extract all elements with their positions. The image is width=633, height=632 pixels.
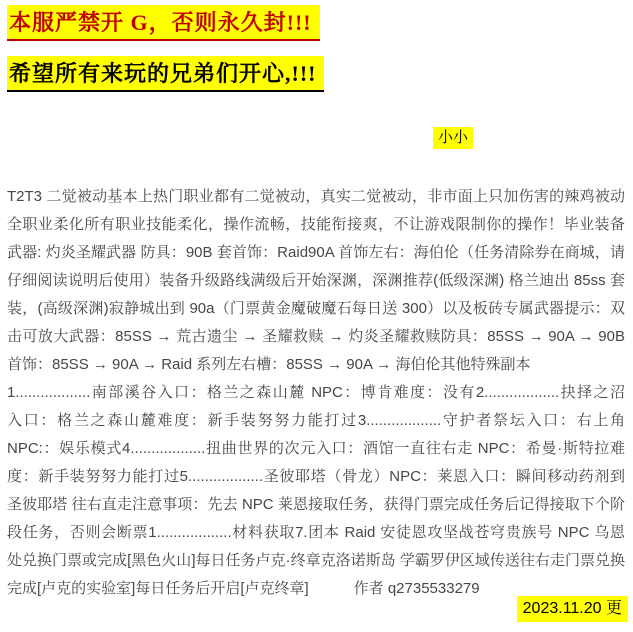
body-line: 1..................南部溪谷入口：格兰之森山麓 NPC：博肯难… (7, 379, 625, 407)
body-line: 武器: 灼炎圣耀武器 防具：90B 套首饰：Raid90A 首饰左右：海伯伦（任… (7, 239, 625, 267)
body-line: 入口：格兰之森山麓难度：新手装努努力能打过3..................… (7, 407, 625, 435)
body-line: 段任务，否则会断票1..................材料获取7.团本 Rai… (7, 519, 625, 547)
update-date-text: 2023.11.20 更 (517, 596, 628, 622)
body-line: T2T3 二觉被动基本上热门职业都有二觉被动，真实二觉被动，非市面上只加伤害的辣… (7, 183, 625, 211)
welcome-heading-text: 希望所有来玩的兄弟们开心,!!! (7, 56, 324, 92)
warning-heading: 本服严禁开 G，否则永久封!!! (7, 5, 320, 41)
welcome-heading: 希望所有来玩的兄弟们开心,!!! (7, 56, 324, 92)
body-line: NPC:：娱乐模式4..................扭曲世界的次元入口：酒馆… (7, 435, 625, 463)
server-notes: T2T3 二觉被动基本上热门职业都有二觉被动，真实二觉被动，非市面上只加伤害的辣… (7, 183, 625, 603)
body-line: 装，(高级深渊)寂静城出到 90a（门票黄金魔破魔石每日送 300）以及板砖专属… (7, 295, 625, 323)
body-line: 首饰：85SS → 90A → Raid 系列左右槽：85SS → 90A → … (7, 351, 625, 379)
body-line: 击可放大武器：85SS → 荒古遗尘 → 圣耀救赎 → 灼炎圣耀救赎防具：85S… (7, 323, 625, 351)
warning-heading-text: 本服严禁开 G，否则永久封!!! (7, 5, 320, 41)
body-line: 仔细阅读说明后使用）装备升级路线满级后开始深渊，深渊推荐(低级深渊) 格兰迪出 … (7, 267, 625, 295)
signature-text: 小小 (433, 127, 473, 149)
signature: 小小 (433, 127, 473, 149)
body-line: 处兑换门票或完成[黑色火山]每日任务卢克·终章克洛诺斯岛 学霸罗伊区域传送往右走… (7, 547, 625, 575)
body-line: 圣彼耶塔 往右直走注意事项：先去 NPC 莱恩接取任务，获得门票完成任务后记得接… (7, 491, 625, 519)
document-page: { "colors": { "highlight": "#ffff00", "w… (0, 0, 633, 632)
body-line: 度：新手装努努力能打过5..................圣彼耶塔（骨龙）NP… (7, 463, 625, 491)
update-date: 2023.11.20 更 (517, 596, 628, 622)
body-line: 全职业柔化所有职业技能柔化，操作流畅，技能衔接爽，不让游戏限制你的操作！毕业装备 (7, 211, 625, 239)
